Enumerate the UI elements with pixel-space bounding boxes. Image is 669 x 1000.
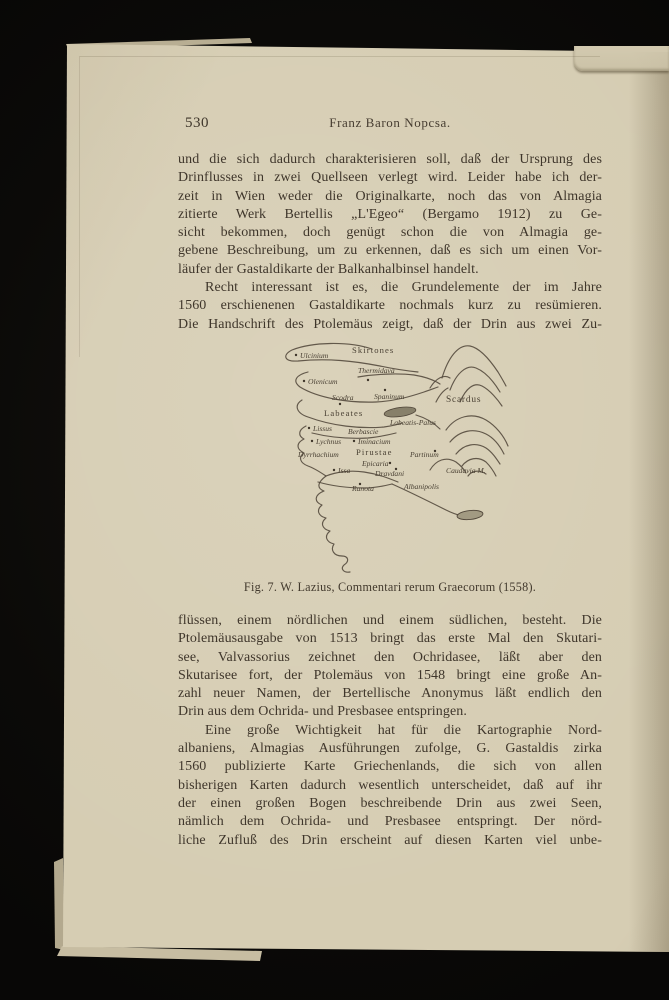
town-dot xyxy=(303,380,305,382)
text-line: sicht bekommen, doch genügt schon die vo… xyxy=(178,224,602,242)
map-label-caudavia-m: Caudavia M. xyxy=(446,466,486,475)
mountain-ridge-path xyxy=(442,346,506,386)
text-line: und die sich dadurch charakterisieren so… xyxy=(178,151,602,169)
text-line: 1560 erschienenen Gastaldikarte nochmals… xyxy=(178,297,602,315)
page-header: 530 Franz Baron Nopcsa. xyxy=(178,115,602,135)
text-line: flüssen, einem nördlichen und einem südl… xyxy=(178,612,602,630)
text-line: Recht interessant ist es, die Grundeleme… xyxy=(178,279,602,297)
mountain-ridge-path xyxy=(450,431,504,454)
text-line: läufer der Gastaldikarte der Balkanhalbi… xyxy=(178,261,602,279)
text-line: Die Handschrift des Ptolemäus zeigt, daß… xyxy=(178,316,602,334)
town-dot xyxy=(311,440,313,442)
text-line: Skutarisee fort, der Ptolemäus von 1548 … xyxy=(178,667,602,685)
town-dot xyxy=(367,379,369,381)
running-title: Franz Baron Nopcsa. xyxy=(178,115,602,131)
text-line: zahl neuer Namen, der Bertellische Anony… xyxy=(178,685,602,703)
map-label-scodra: Scodra xyxy=(332,393,354,402)
text-line: der einen großen Bogen beschreibende Dri… xyxy=(178,795,602,813)
text-line: zitierte Werk Bertellis „L'Egeo“ (Bergam… xyxy=(178,206,602,224)
map-label-epicaria: Epicaria xyxy=(361,459,389,468)
mountain-ridge-path xyxy=(430,376,450,388)
lake-labeatis-shape xyxy=(384,405,417,418)
map-label-albanipolis: Albanipolis xyxy=(403,482,439,491)
text-line: Drin aus dem Ochrida- und Presbasee ents… xyxy=(178,703,602,721)
page-curl-edge xyxy=(574,46,669,71)
map-label-olenicum: Olenicum xyxy=(308,377,338,386)
map-label-labeates: Labeates xyxy=(324,408,363,418)
text-line: Drinflusses in zwei Quellseen verlegt wi… xyxy=(178,169,602,187)
text-line: nämlich dem Ochrida- und Presbasee entsp… xyxy=(178,813,602,831)
map-label-spaninum: Spaninum xyxy=(374,392,405,401)
text-line: 1560 publizierte Karte Griechenlands, di… xyxy=(178,758,602,776)
text-line: albaniens, Almagias Ausführungen zufolge… xyxy=(178,740,602,758)
map-label-ulcinium: Ulcinium xyxy=(300,351,329,360)
map-label-iminacium: Iminacium xyxy=(357,437,391,446)
text-block-upper: und die sich dadurch charakterisieren so… xyxy=(178,151,602,334)
figure-map: Skirtones Ulcinium Thermidava Olenicum S… xyxy=(274,336,518,578)
town-dot xyxy=(295,354,297,356)
text-line: zeit in Wien weder die Originalkarte, no… xyxy=(178,188,602,206)
map-label-lissus: Lissus xyxy=(312,424,332,433)
map-label-scardus: Scardus xyxy=(446,395,481,405)
mountain-ridge-paths xyxy=(430,346,508,476)
figure-caption: Fig. 7. W. Lazius, Commentari rerum Grae… xyxy=(148,580,632,595)
map-label-berbascie: Berbascie xyxy=(348,427,379,436)
map-label-ranota: Ranota xyxy=(351,484,374,493)
scanned-book-page: 530 Franz Baron Nopcsa. und die sich dad… xyxy=(0,0,669,1000)
mountain-ridge-path xyxy=(450,367,500,392)
text-line: Eine große Wichtigkeit hat für die Karto… xyxy=(178,722,602,740)
town-dot xyxy=(384,389,386,391)
text-line: gebene Beschreibung, um zu erkennen, daß… xyxy=(178,242,602,260)
map-label-partinum: Partinum xyxy=(409,450,439,459)
lake-shape xyxy=(457,509,484,521)
map-label-dyrrhachium: Dyrrhachium xyxy=(297,450,339,459)
text-line: liche Zufluß des Drin erscheint auf dies… xyxy=(178,832,602,850)
text-line: bisherigen Karten dadurch wesentlich unt… xyxy=(178,777,602,795)
map-label-issa: Issa xyxy=(337,466,350,475)
map-label-thermidava: Thermidava xyxy=(358,366,395,375)
river-path xyxy=(358,374,440,384)
text-line: see, Valvassorius zeichnet den Ochridase… xyxy=(178,649,602,667)
text-block-lower: flüssen, einem nördlichen und einem südl… xyxy=(178,612,602,850)
town-dot xyxy=(339,403,341,405)
coastline-path xyxy=(316,476,350,572)
text-line: Ptolemäusausgabe von 1513 bringt das ers… xyxy=(178,630,602,648)
map-label-skirtones: Skirtones xyxy=(352,345,394,355)
town-dot xyxy=(353,440,355,442)
mountain-ridge-path xyxy=(456,445,500,464)
town-dot xyxy=(308,427,310,429)
town-dot xyxy=(333,469,335,471)
map-label-labeatis-palus: Labeatis-Palus xyxy=(389,418,436,427)
map-label-pirustae: Pirustae xyxy=(356,447,393,457)
page-number: 530 xyxy=(185,115,209,132)
map-label-dravdani: Dravdani xyxy=(374,469,404,478)
map-label-lychnus: Lychnus xyxy=(315,437,341,446)
town-dot xyxy=(389,462,391,464)
